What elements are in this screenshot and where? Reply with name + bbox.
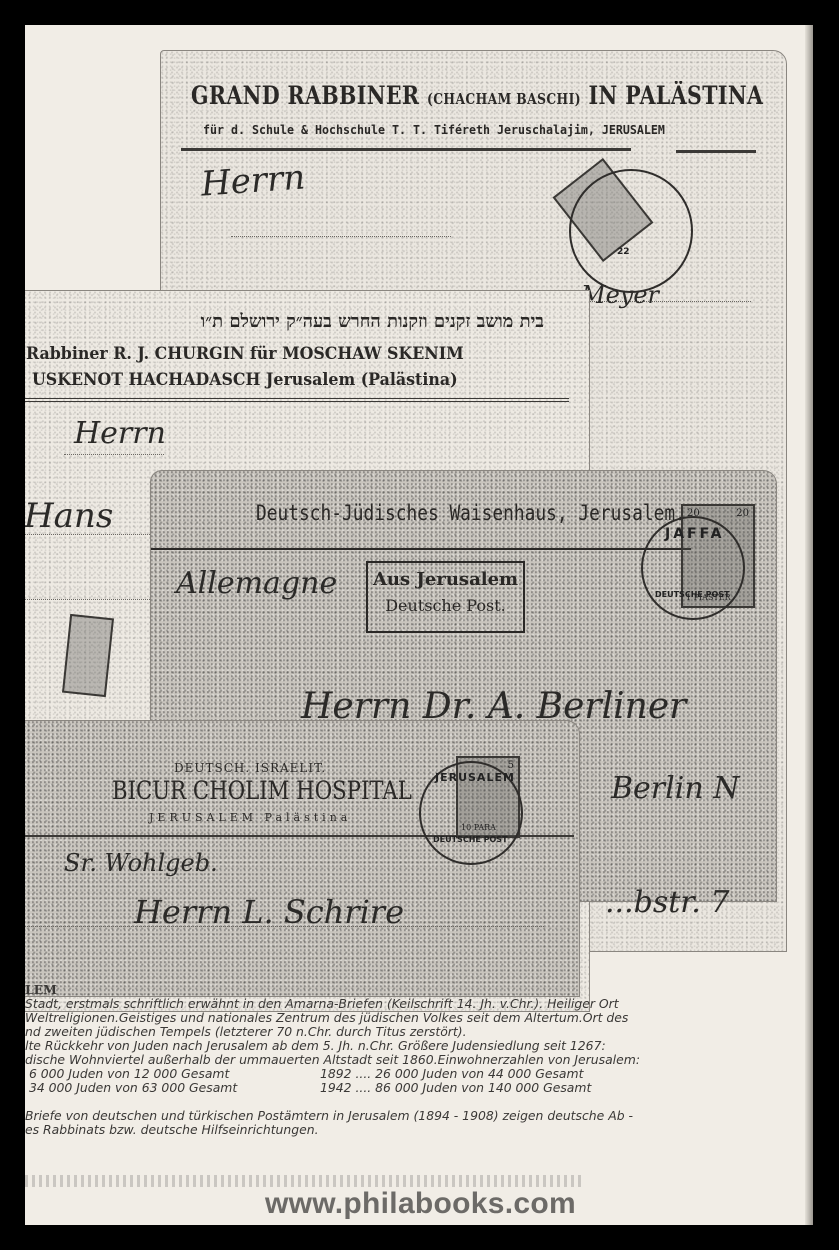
caption-line: nd zweiten jüdischen Tempels (letzterer …	[25, 1025, 795, 1039]
postage-stamp	[62, 614, 114, 697]
rabbiner-rule	[181, 148, 631, 151]
caption-line: lte Rückkehr von Juden nach Jerusalem ab…	[25, 1039, 795, 1053]
address-line	[25, 599, 154, 600]
bicur-line2: BICUR CHOLIM HOSPITAL	[112, 776, 412, 805]
envelope-bicur-cholim: DEUTSCH. ISRAELIT. BICUR CHOLIM HOSPITAL…	[25, 720, 580, 997]
churgin-ornament-rule	[25, 398, 569, 402]
caption-line: Briefe von deutschen und türkischen Post…	[25, 1109, 795, 1123]
postmark-cancel: 22	[569, 169, 693, 293]
bicur-line3: JERUSALEM Palästina	[149, 811, 351, 824]
rabbiner-title: GRAND RABBINER (CHACHAM BASCHI) IN PALÄS…	[191, 81, 763, 110]
scanned-page: GRAND RABBINER (CHACHAM BASCHI) IN PALÄS…	[25, 25, 813, 1225]
churgin-line1: Rabbiner R. J. CHURGIN für MOSCHAW SKENI…	[26, 344, 464, 364]
rabbiner-rule-right	[676, 150, 756, 153]
waisenhaus-handwriting-street: ...bstr. 7	[605, 885, 729, 920]
caption-heading: LEM	[25, 983, 795, 997]
waisenhaus-handwriting-country: Allemagne	[176, 566, 337, 601]
churgin-hebrew-header: בית מושב זקנים וזקנות החרש בעה״ק ירושלם …	[64, 311, 544, 332]
churgin-handwriting-herrn: Herrn	[74, 416, 166, 451]
waisenhaus-title: Deutsch-Jüdisches Waisenhaus, Jerusalem.	[256, 501, 686, 525]
churgin-line2: USKENOT HACHADASCH Jerusalem (Palästina)	[32, 370, 458, 390]
rabbiner-subtitle: für d. Schule & Hochschule T. T. Tiféret…	[203, 122, 665, 137]
bicur-handwriting-line1: Sr. Wohlgeb.	[64, 849, 218, 877]
jerusalem-postmark: JERUSALEM DEUTSCHE POST	[419, 761, 523, 865]
caption-line: es Rabbinats bzw. deutsche Hilfseinricht…	[25, 1123, 795, 1137]
population-row: 6 000 Juden von 12 000 Gesamt1892 .... 2…	[25, 1067, 795, 1081]
address-line	[231, 236, 451, 237]
churgin-handwriting-name: Hans	[25, 496, 113, 536]
envelope-bottom-edge	[25, 1175, 585, 1187]
page-edge-shadow	[805, 25, 813, 1225]
waisenhaus-rule	[151, 548, 691, 550]
address-line	[64, 454, 164, 455]
aus-jerusalem-box-stamp: Aus Jerusalem Deutsche Post.	[366, 561, 525, 633]
caption-line: Weltreligionen.Geistiges und nationales …	[25, 1011, 795, 1025]
caption-block: LEM Stadt, erstmals schriftlich erwähnt …	[25, 983, 795, 1137]
jaffa-postmark: JAFFA DEUTSCHE POST	[641, 516, 745, 620]
waisenhaus-handwriting-city: Berlin N	[611, 771, 739, 806]
caption-line: dische Wohnviertel außerhalb der ummauer…	[25, 1053, 795, 1067]
address-line	[25, 534, 154, 535]
bicur-line1: DEUTSCH. ISRAELIT.	[174, 761, 326, 775]
caption-line: Stadt, erstmals schriftlich erwähnt in d…	[25, 997, 795, 1011]
address-line	[25, 926, 544, 927]
watermark: www.philabooks.com	[265, 1187, 576, 1221]
rabbiner-handwriting-herrn: Herrn	[200, 157, 307, 204]
population-row: 34 000 Juden von 63 000 Gesamt1942 .... …	[25, 1081, 795, 1095]
